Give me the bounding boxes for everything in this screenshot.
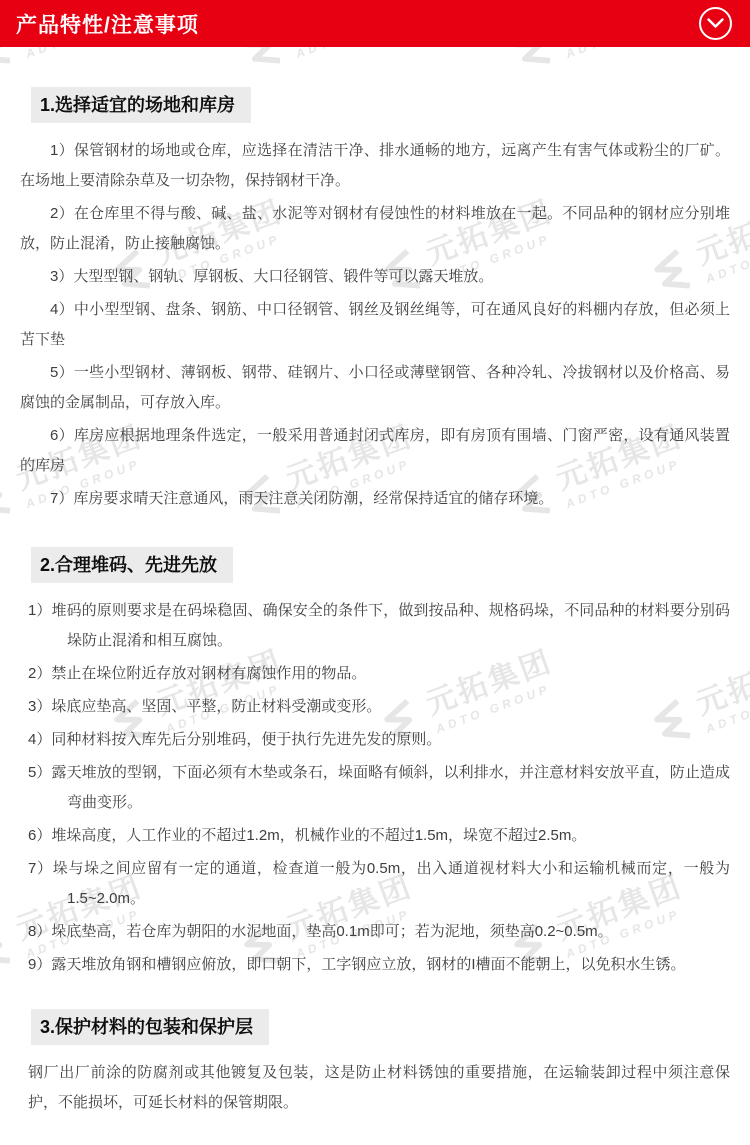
list-item: 7）垛与垛之间应留有一定的通道，检查道一般为0.5m，出入通道视材料大小和运输机… <box>20 854 730 914</box>
list-item: 7）库房要求晴天注意通风，雨天注意关闭防潮，经常保持适宜的储存环境。 <box>20 484 730 514</box>
section-1-list: 1）保管钢材的场地或仓库，应选择在清洁干净、排水通畅的地方，远离产生有害气体或粉… <box>20 136 730 514</box>
list-item: 3）大型型钢、钢轨、厚钢板、大口径钢管、锻件等可以露天堆放。 <box>20 262 730 292</box>
section-site-and-warehouse: 1.选择适宜的场地和库房 1）保管钢材的场地或仓库，应选择在清洁干净、排水通畅的… <box>20 87 730 514</box>
content-area: 1.选择适宜的场地和库房 1）保管钢材的场地或仓库，应选择在清洁干净、排水通畅的… <box>0 47 750 1145</box>
list-item: 6）堆垛高度，人工作业的不超过1.2m，机械作业的不超过1.5m，垛宽不超过2.… <box>20 821 730 851</box>
list-item: 1）保管钢材的场地或仓库，应选择在清洁干净、排水通畅的地方，远离产生有害气体或粉… <box>20 136 730 196</box>
section-packaging-protection: 3.保护材料的包装和保护层 钢厂出厂前涂的防腐剂或其他镀复及包装，这是防止材料锈… <box>20 1009 730 1118</box>
section-3-list: 钢厂出厂前涂的防腐剂或其他镀复及包装，这是防止材料锈蚀的重要措施，在运输装卸过程… <box>20 1058 730 1118</box>
section-title-bar: 产品特性/注意事项 <box>0 0 750 47</box>
section-1-heading: 1.选择适宜的场地和库房 <box>31 87 251 123</box>
list-item: 5）露天堆放的型钢，下面必须有木垫或条石，垛面略有倾斜，以利排水，并注意材料安放… <box>20 758 730 818</box>
list-item: 1）堆码的原则要求是在码垛稳固、确保安全的条件下，做到按品种、规格码垛，不同品种… <box>20 596 730 656</box>
list-item: 8）垛底垫高，若仓库为朝阳的水泥地面，垫高0.1m即可；若为泥地，须垫高0.2~… <box>20 917 730 947</box>
list-item: 5）一些小型钢材、薄钢板、钢带、硅钢片、小口径或薄壁钢管、各种冷轧、冷拔钢材以及… <box>20 358 730 418</box>
product-notes-page: 产品特性/注意事项 元拓集团ADTO GROUP元拓集团ADTO GROUP元拓… <box>0 0 750 1145</box>
section-3-heading: 3.保护材料的包装和保护层 <box>31 1009 269 1045</box>
section-2-heading: 2.合理堆码、先进先放 <box>31 547 233 583</box>
list-item: 9）露天堆放角钢和槽钢应俯放，即口朝下，工字钢应立放，钢材的I槽面不能朝上，以免… <box>20 950 730 980</box>
list-item: 3）垛底应垫高、坚固、平整，防止材料受潮或变形。 <box>20 692 730 722</box>
chevron-down-icon <box>707 18 724 29</box>
page-title: 产品特性/注意事项 <box>16 9 699 39</box>
list-item: 2）禁止在垛位附近存放对钢材有腐蚀作用的物品。 <box>20 659 730 689</box>
section-2-list: 1）堆码的原则要求是在码垛稳固、确保安全的条件下，做到按品种、规格码垛，不同品种… <box>20 596 730 980</box>
list-item: 6）库房应根据地理条件选定，一般采用普通封闭式库房，即有房顶有围墙、门窗严密，设… <box>20 421 730 481</box>
list-item: 4）中小型型钢、盘条、钢筋、中口径钢管、钢丝及钢丝绳等，可在通风良好的料棚内存放… <box>20 295 730 355</box>
list-item: 钢厂出厂前涂的防腐剂或其他镀复及包装，这是防止材料锈蚀的重要措施，在运输装卸过程… <box>20 1058 730 1118</box>
section-stacking-rules: 2.合理堆码、先进先放 1）堆码的原则要求是在码垛稳固、确保安全的条件下，做到按… <box>20 547 730 980</box>
list-item: 4）同种材料按入库先后分别堆码，便于执行先进先发的原则。 <box>20 725 730 755</box>
collapse-button[interactable] <box>699 7 732 40</box>
list-item: 2）在仓库里不得与酸、碱、盐、水泥等对钢材有侵蚀性的材料堆放在一起。不同品种的钢… <box>20 199 730 259</box>
